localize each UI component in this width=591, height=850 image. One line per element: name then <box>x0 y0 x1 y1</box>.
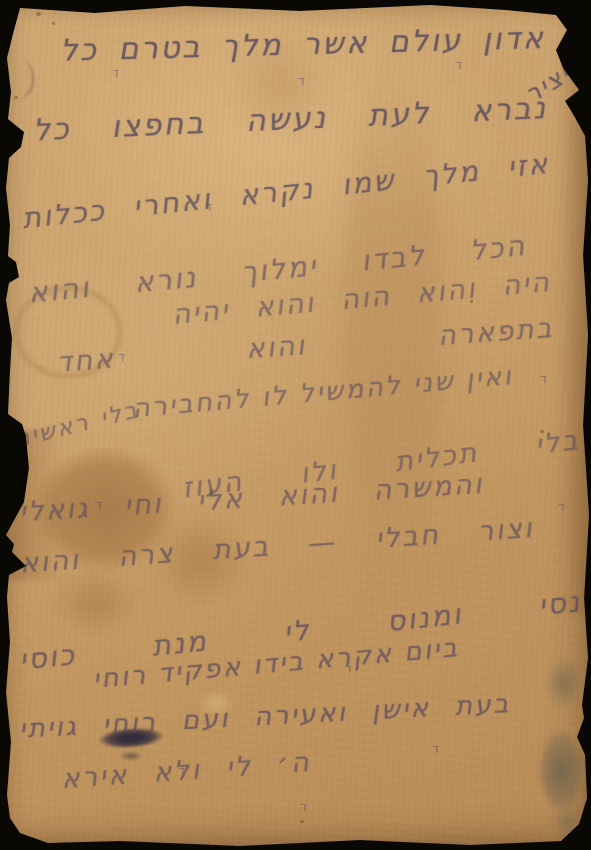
manuscript-line-15: בעת אישן ואעירה ועם רוחי גויתי <box>19 690 512 745</box>
faded-margin-stroke <box>0 55 39 101</box>
diacritic-mark: ד <box>300 800 307 815</box>
diacritic-mark: ד <box>298 74 305 89</box>
manuscript-line-3: נברא לעת נעשה בחפצו כל <box>32 92 548 148</box>
paper-speck <box>568 42 573 47</box>
diacritic-mark: ד <box>112 66 119 81</box>
manuscript-page: אדון עולם אשר מלך בטרם כליצירנברא לעת נע… <box>0 0 591 850</box>
charcoal-smudge <box>548 800 588 845</box>
diacritic-mark: ד <box>455 58 462 73</box>
paper-speck <box>14 96 18 99</box>
manuscript-line-1: אדון עולם אשר מלך בטרם כל <box>60 22 546 68</box>
scan-background: אדון עולם אשר מלך בטרם כליצירנברא לעת נע… <box>0 0 591 850</box>
charcoal-smudge <box>532 718 590 823</box>
paper-speck <box>52 22 55 25</box>
diacritic-mark: ד <box>558 500 565 515</box>
diacritic-mark: ד <box>540 372 547 387</box>
paper-speck <box>300 820 304 823</box>
manuscript-line-8: ואין שני להמשיל לו להחבירה <box>131 362 514 424</box>
diacritic-mark: ד <box>432 742 439 757</box>
manuscript-line-9: בלי ראשית <box>12 398 142 454</box>
manuscript-line-16: ה׳ לי ולא אירא <box>61 748 313 796</box>
manuscript-line-4: אזי מלך שמו נקרא ואחרי ככלות <box>21 148 551 235</box>
charcoal-smudge <box>540 648 588 718</box>
edge-stain-right <box>558 55 591 615</box>
paper-speck <box>36 12 41 16</box>
